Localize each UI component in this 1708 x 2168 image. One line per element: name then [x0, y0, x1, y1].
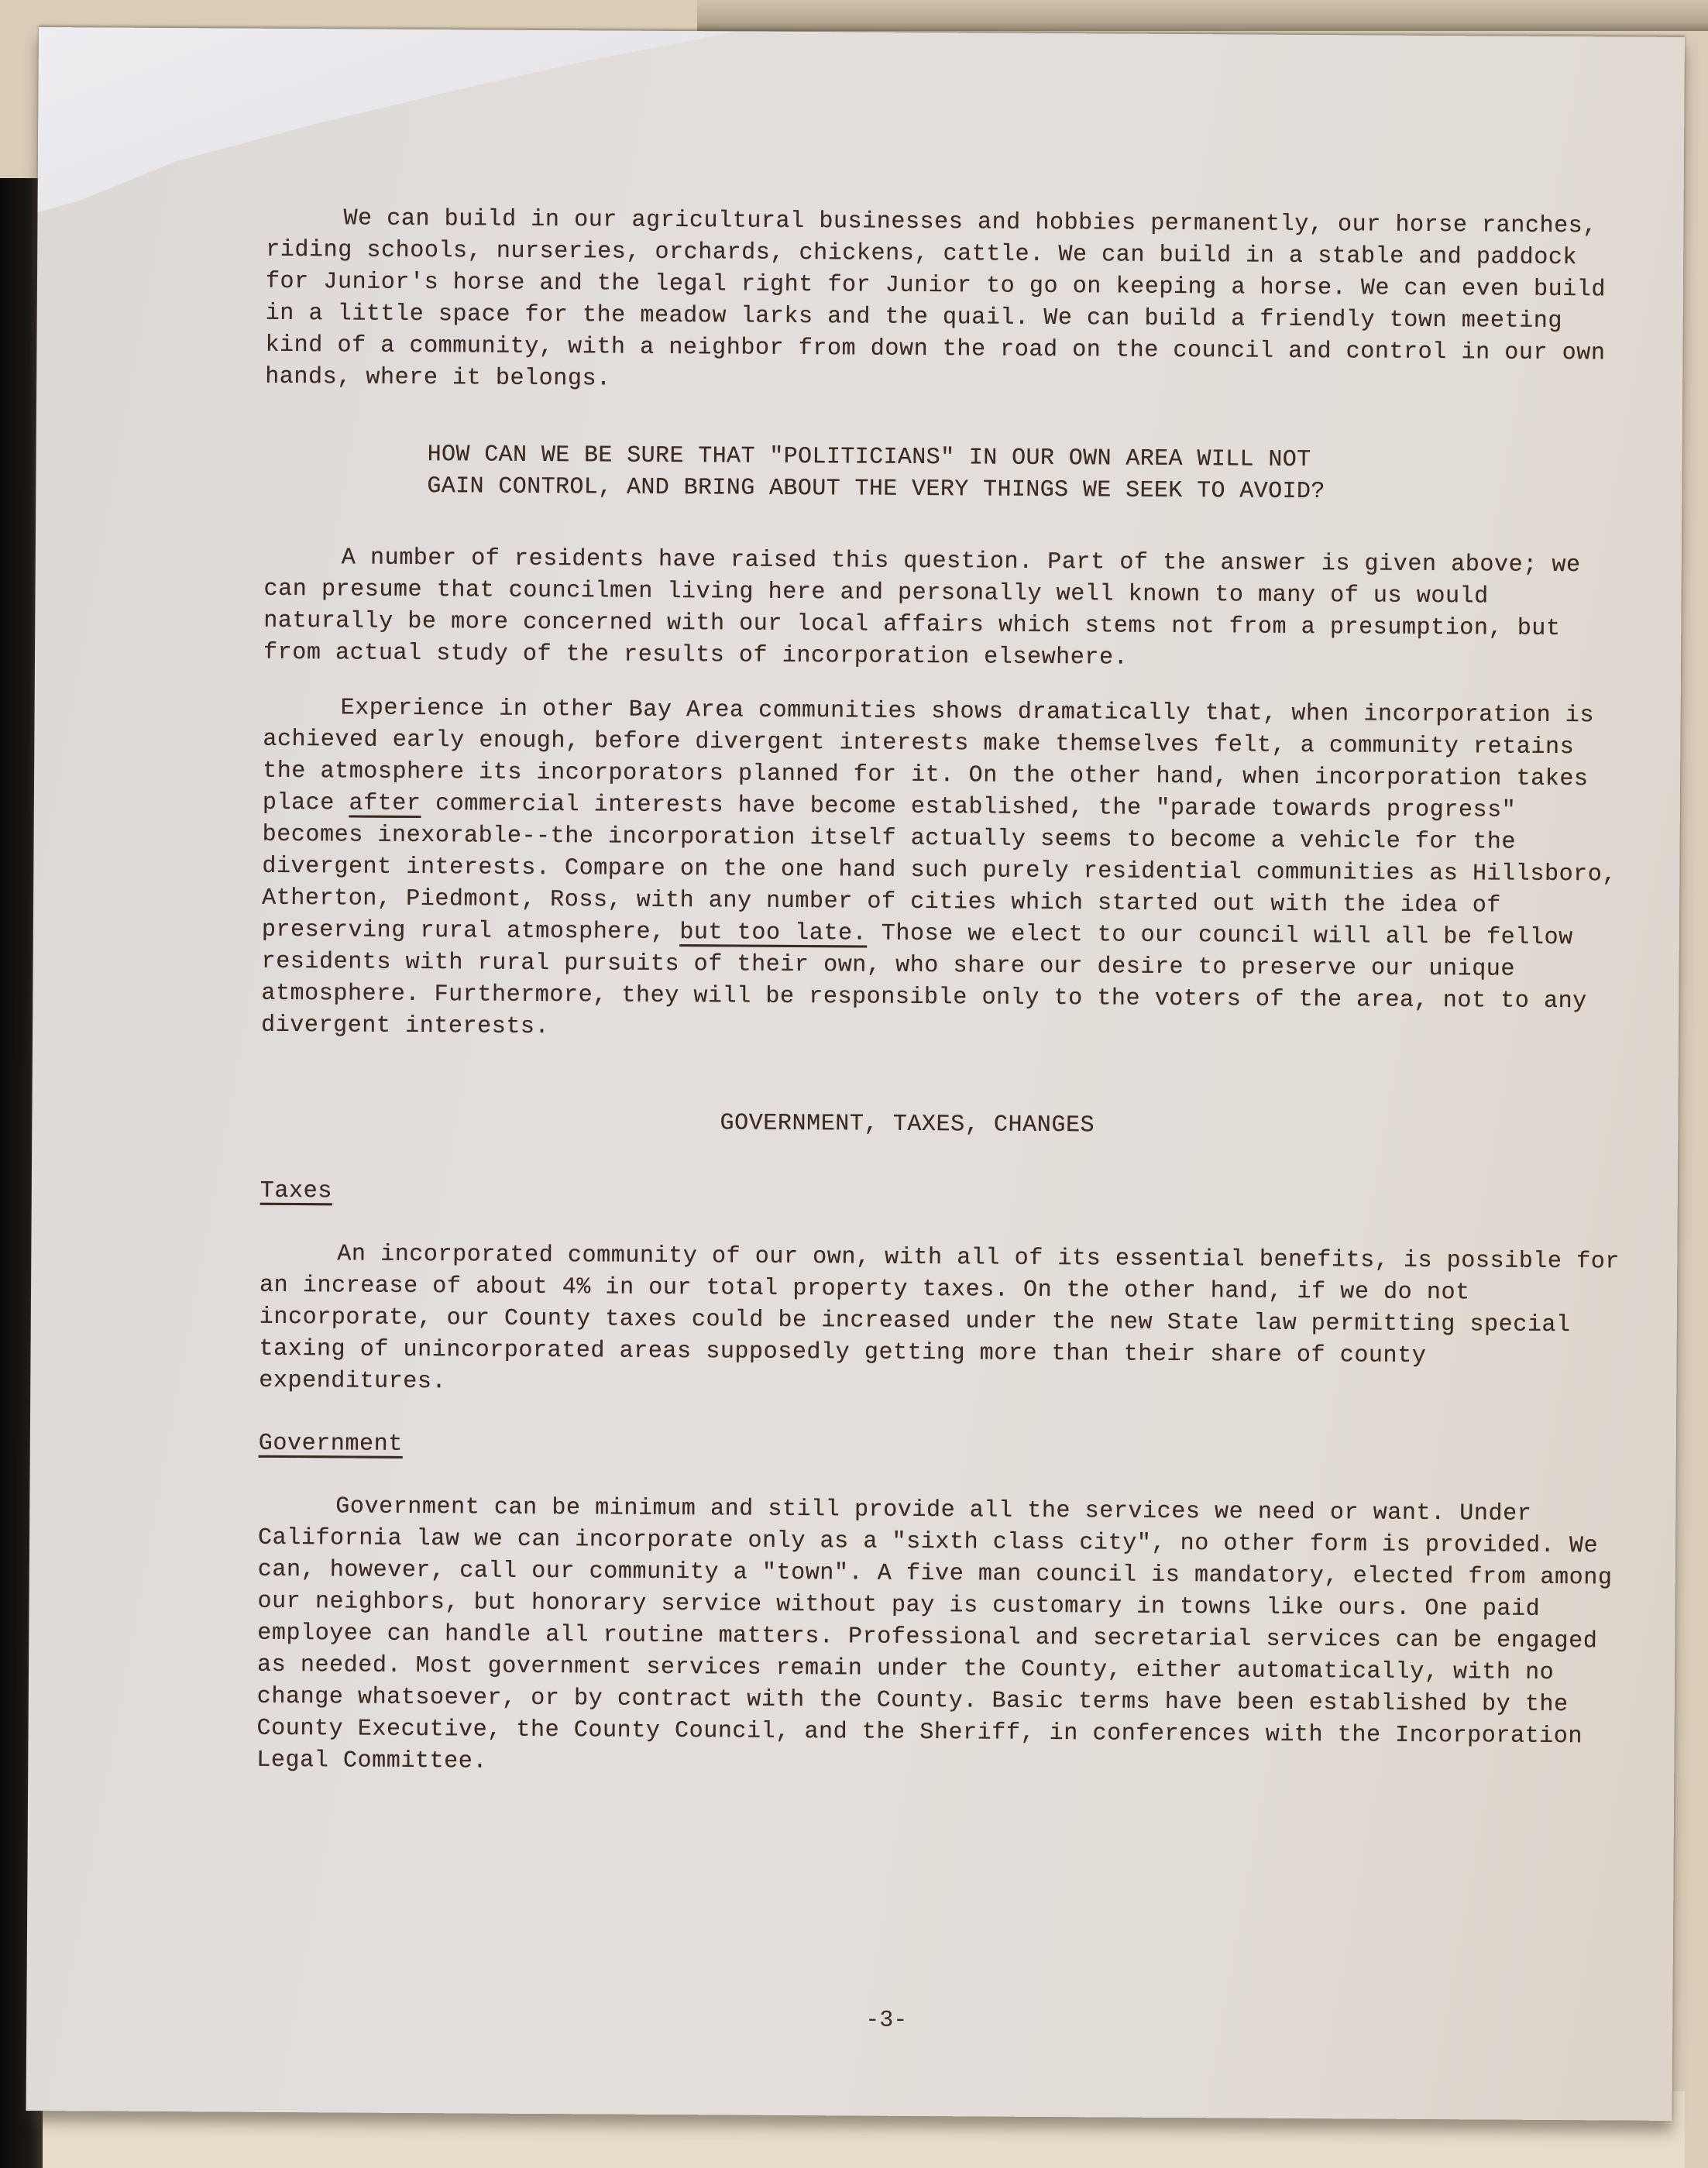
government-subheading: Government — [259, 1428, 403, 1461]
paragraph-experience: Experience in other Bay Area communities… — [261, 692, 1627, 1050]
background-page-edge — [697, 0, 1708, 31]
emphasis-too-late: but too late. — [679, 919, 867, 947]
section-heading: GOVERNMENT, TAXES, CHANGES — [260, 1105, 1624, 1146]
taxes-subheading: Taxes — [260, 1176, 332, 1208]
document-page: We can build in our agricultural busines… — [26, 27, 1685, 2121]
government-body: Government can be minimum and still prov… — [256, 1491, 1621, 1785]
paragraph-residents: A number of residents have raised this q… — [263, 542, 1627, 678]
page-number: -3- — [865, 2008, 907, 2034]
page-content: We can build in our agricultural busines… — [256, 203, 1629, 1785]
emphasis-after: after — [349, 790, 421, 817]
paragraph-agricultural: We can build in our agricultural busines… — [265, 203, 1629, 402]
taxes-body: An incorporated community of our own, wi… — [259, 1239, 1623, 1406]
question-heading: HOW CAN WE BE SURE THAT "POLITICIANS" IN… — [427, 439, 1627, 510]
